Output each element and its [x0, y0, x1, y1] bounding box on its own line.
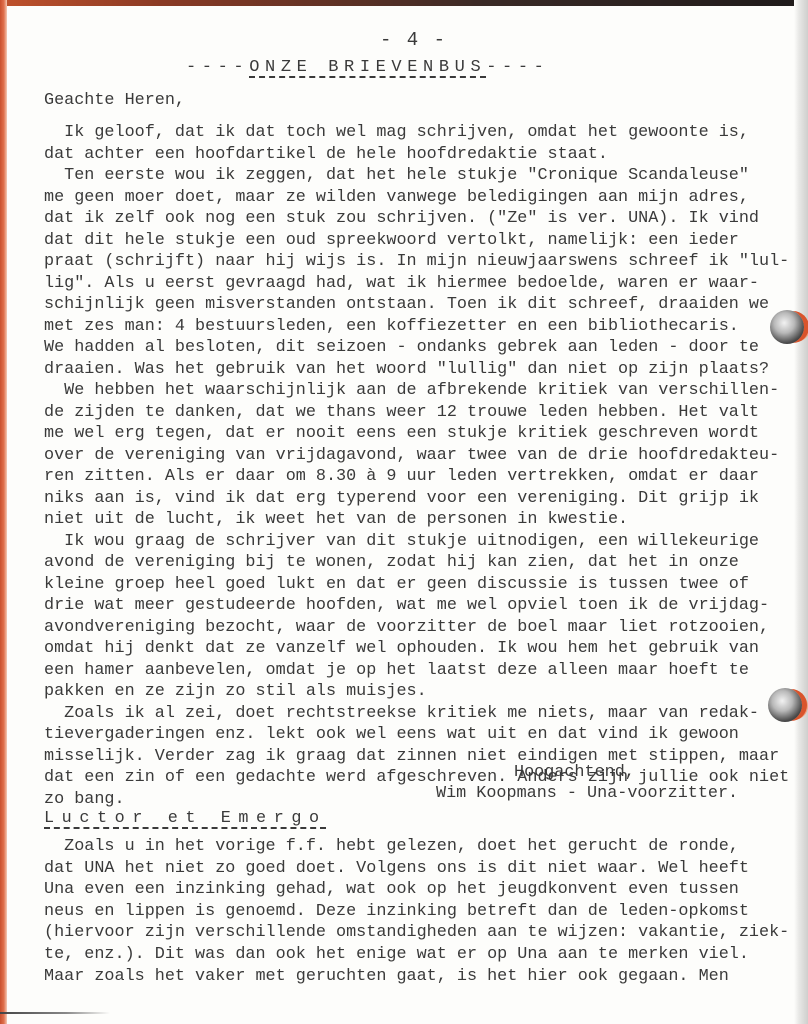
letter-closing: Hoogachtend,	[514, 763, 635, 783]
document-page: - 4 - ----ONZE BRIEVENBUS---- Geachte He…	[0, 0, 808, 1024]
article-text-line: neus en lippen is genoemd. Deze inzinkin…	[44, 902, 749, 922]
page-number: - 4 -	[380, 30, 447, 50]
letter-text-line: me geen moer doet, maar ze wilden vanweg…	[44, 188, 749, 208]
letter-text-line: avondvereniging bezocht, waar de voorzit…	[44, 618, 769, 638]
letter-text-line: de zijden te danken, dat we thans weer 1…	[44, 403, 759, 423]
letter-text-line: Zoals ik al zei, doet rechtstreekse krit…	[44, 704, 759, 724]
letter-greeting: Geachte Heren,	[44, 91, 185, 111]
letter-text-line: een hamer aanbevelen, omdat je op het la…	[44, 661, 749, 681]
letter-text-line: zo bang.	[44, 790, 125, 810]
letter-text-line: dat achter een hoofdartikel de hele hoof…	[44, 145, 608, 165]
letter-text-line: drie wat meer gestudeerde hoofden, wat m…	[44, 596, 769, 616]
letter-text-line: niet uit de lucht, ik weet het van de pe…	[44, 510, 628, 530]
letter-text-line: pakken en ze zijn zo stil als muisjes.	[44, 682, 427, 702]
letter-text-line: misselijk. Verder zag ik graag dat zinne…	[44, 747, 779, 767]
title-text: ONZE BRIEVENBUS	[249, 58, 486, 77]
letter-text-line: niks aan is, vind ik dat erg typerend vo…	[44, 489, 759, 509]
letter-text-line: praat (schrijft) naar hij wijs is. In mi…	[44, 252, 789, 272]
letter-text-line: me wel erg tegen, dat er nooit eens een …	[44, 424, 759, 444]
article-text-line: Zoals u in het vorige f.f. hebt gelezen,…	[44, 837, 739, 857]
letter-text-line: met zes man: 4 bestuursleden, een koffie…	[44, 317, 739, 337]
letter-text-line: schijnlijk geen misverstanden ontstaan. …	[44, 295, 769, 315]
section-title: ----ONZE BRIEVENBUS----	[186, 58, 549, 78]
letter-text-line: avond de vereniging bij te wonen, zodat …	[44, 553, 739, 573]
article-text-line: te, enz.). Dit was dan ook het enige wat…	[44, 945, 749, 965]
letter-text-line: Ik wou graag de schrijver van dit stukje…	[44, 532, 759, 552]
letter-text-line: omdat hij denkt dat ze vanzelf wel ophou…	[44, 639, 759, 659]
article-text-line: (hiervoor zijn verschillende omstandighe…	[44, 923, 789, 943]
letter-text-line: We hadden al besloten, dit seizoen - ond…	[44, 338, 759, 358]
letter-text-line: ren zitten. Als er daar om 8.30 à 9 uur …	[44, 467, 759, 487]
letter-text-line: lig". Als u eerst gevraagd had, wat ik h…	[44, 274, 759, 294]
letter-text-line: draaien. Was het gebruik van het woord "…	[44, 360, 769, 380]
article-title: Luctor et Emergo	[44, 809, 327, 829]
letter-text-line: tievergaderingen enz. lekt ook wel eens …	[44, 725, 739, 745]
letter-text-line: kleine groep heel goed lukt en dat er ge…	[44, 575, 749, 595]
title-suffix: ----	[486, 58, 549, 77]
letter-text-line: Ik geloof, dat ik dat toch wel mag schri…	[44, 123, 749, 143]
article-text-line: dat UNA het niet zo goed doet. Volgens o…	[44, 859, 749, 879]
letter-text-line: dat dit hele stukje een oud spreekwoord …	[44, 231, 739, 251]
article-text-line: Una even een inzinking gehad, wat ook op…	[44, 880, 739, 900]
letter-text-line: over de vereniging van vrijdagavond, waa…	[44, 446, 779, 466]
letter-text-line: Ten eerste wou ik zeggen, dat het hele s…	[44, 166, 749, 186]
letter-signature: Wim Koopmans - Una-voorzitter.	[436, 784, 738, 804]
article-text-line: Maar zoals het vaker met geruchten gaat,…	[44, 967, 729, 987]
letter-text-line: We hebben het waarschijnlijk aan de afbr…	[44, 381, 779, 401]
title-prefix: ----	[186, 58, 249, 77]
letter-text-line: dat ik zelf ook nog een stuk zou schrijv…	[44, 209, 759, 229]
